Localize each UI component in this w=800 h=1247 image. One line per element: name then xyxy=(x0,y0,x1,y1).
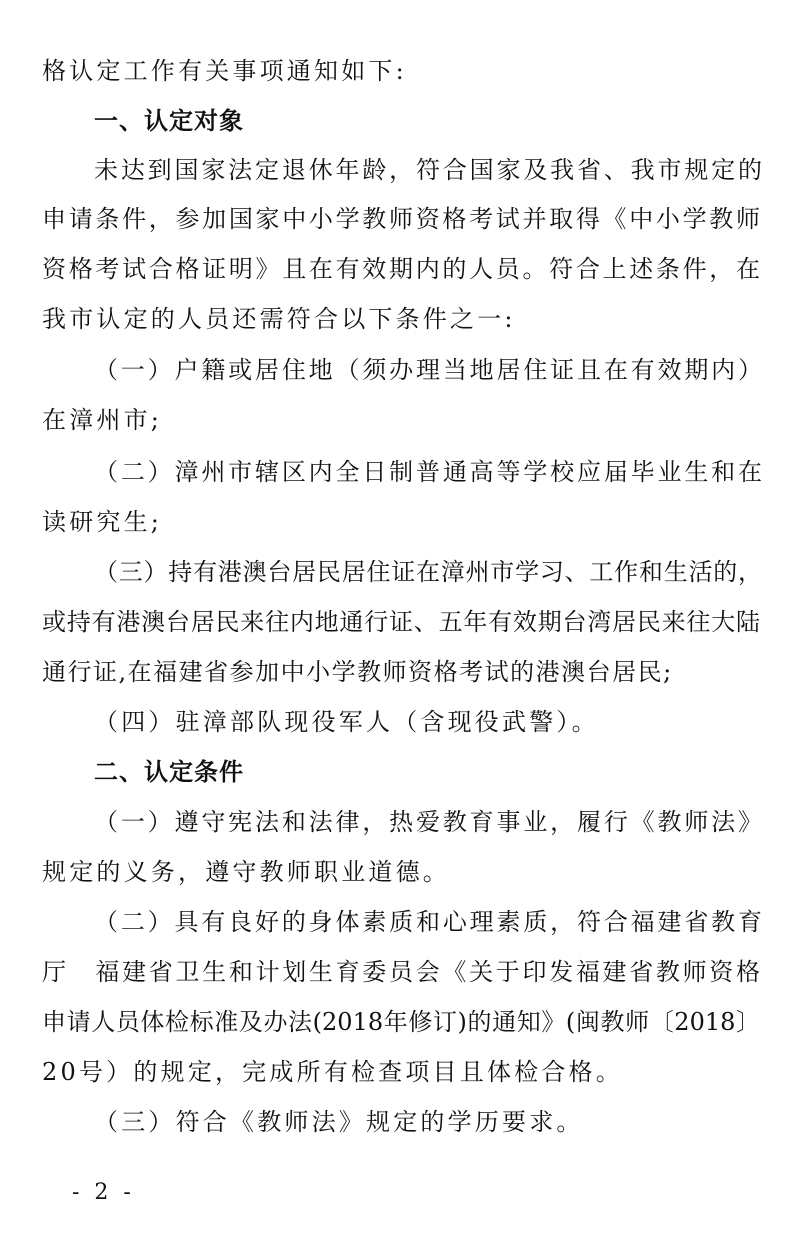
body-text-line: 格认定工作有关事项通知如下: xyxy=(42,56,407,86)
body-text-line: 20号）的规定，完成所有检查项目且体检合格。 xyxy=(42,1057,623,1087)
section-heading-2: 二、认定条件 xyxy=(94,757,244,787)
list-item-4: （四）驻漳部队现役军人（含现役武警）。 xyxy=(94,707,599,737)
condition-item-3: （三）符合《教师法》规定的学历要求。 xyxy=(94,1107,584,1137)
body-text-line: 或持有港澳台居民来往内地通行证、五年有效期台湾居民来往大陆 xyxy=(42,607,760,637)
body-text-line: 我市认定的人员还需符合以下条件之一: xyxy=(42,304,516,334)
body-text-line: 通行证,在福建省参加中小学教师资格考试的港澳台居民; xyxy=(42,657,673,687)
condition-item-2: （二）具有良好的身体素质和心理素质，符合福建省教育 xyxy=(94,907,762,937)
body-text-line: 读研究生; xyxy=(42,507,162,537)
body-text-line: 规定的义务，遵守教师职业道德。 xyxy=(42,857,450,887)
list-item-2: （二）漳州市辖区内全日制普通高等学校应届毕业生和在 xyxy=(94,457,762,487)
list-item-3: （三）持有港澳台居民居住证在漳州市学习、工作和生活的， xyxy=(94,557,762,587)
list-item-1: （一）户籍或居住地（须办理当地居住证且在有效期内） xyxy=(94,355,762,385)
body-text-line: 资格考试合格证明》且在有效期内的人员。符合上述条件，在 xyxy=(42,254,760,284)
body-text-line: 在漳州市; xyxy=(42,405,162,435)
page-number: - 2 - xyxy=(72,1180,135,1205)
section-heading-1: 一、认定对象 xyxy=(94,106,244,136)
body-text-line: 申请人员体检标准及办法(2018年修订)的通知》(闽教师〔2018〕 xyxy=(42,1007,760,1037)
body-text-line: 未达到国家法定退休年龄，符合国家及我省、我市规定的 xyxy=(94,155,762,185)
body-text-line: 申请条件，参加国家中小学教师资格考试并取得《中小学教师 xyxy=(42,204,760,234)
body-text-line: 厅 福建省卫生和计划生育委员会《关于印发福建省教师资格 xyxy=(42,957,760,987)
condition-item-1: （一）遵守宪法和法律，热爱教育事业，履行《教师法》 xyxy=(94,807,762,837)
